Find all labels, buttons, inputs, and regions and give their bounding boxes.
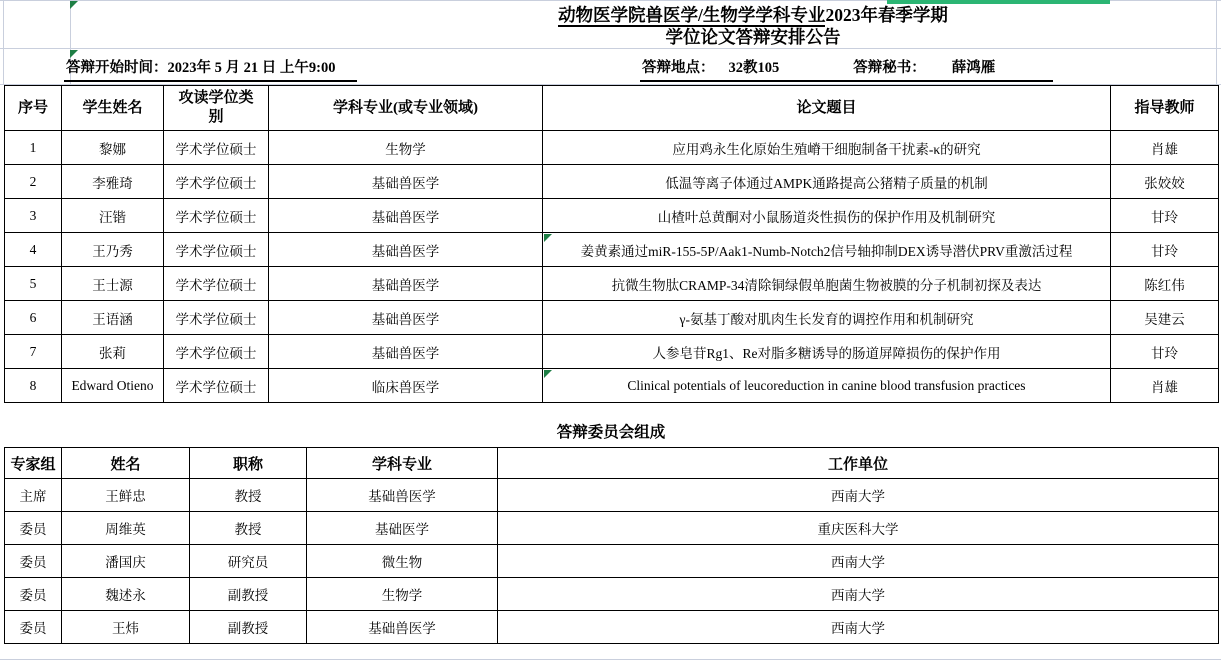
spreadsheet-document: 动物医学院兽医学/生物学学科专业2023年春季学期 学位论文答辩安排公告 答辩开… bbox=[0, 0, 1221, 662]
cell-advisor: 张姣姣 bbox=[1111, 165, 1219, 199]
header-group: 专家组 bbox=[5, 448, 62, 479]
table-row: 委员 周维英 教授 基础医学 重庆医科大学 bbox=[5, 512, 1219, 545]
cell-corner-marker-icon bbox=[544, 234, 552, 242]
cell-name: 魏述永 bbox=[62, 578, 190, 611]
cell-thesis-title: Clinical potentials of leucoreduction in… bbox=[543, 369, 1111, 403]
cell-major: 基础兽医学 bbox=[269, 267, 543, 301]
cell-group: 主席 bbox=[5, 479, 62, 512]
table-row: 7 张莉 学术学位硕士 基础兽医学 人参皂苷Rg1、Re对脂多糖诱导的肠道屏障损… bbox=[5, 335, 1219, 369]
cell-title: 教授 bbox=[190, 512, 307, 545]
cell-thesis-title: 姜黄素通过miR-155-5P/Aak1-Numb-Notch2信号轴抑制DEX… bbox=[543, 233, 1111, 267]
cell-advisor: 肖雄 bbox=[1111, 369, 1219, 403]
defense-schedule-table: 序号 学生姓名 攻读学位类别 学科专业(或专业领域) 论文题目 指导教师 1 黎… bbox=[4, 85, 1219, 403]
cell-thesis-title: 人参皂苷Rg1、Re对脂多糖诱导的肠道屏障损伤的保护作用 bbox=[543, 335, 1111, 369]
table-row: 6 王语涵 学术学位硕士 基础兽医学 γ-氨基丁酸对肌肉生长发育的调控作用和机制… bbox=[5, 301, 1219, 335]
document-title-line1: 动物医学院兽医学/生物学学科专业2023年春季学期 bbox=[290, 4, 1216, 26]
cell-group: 委员 bbox=[5, 512, 62, 545]
cell-thesis-title: 应用鸡永生化原始生殖嵴干细胞制备干扰素-κ的研究 bbox=[543, 131, 1111, 165]
cell-thesis-title: 低温等离子体通过AMPK通路提高公猪精子质量的机制 bbox=[543, 165, 1111, 199]
header-title: 职称 bbox=[190, 448, 307, 479]
cell-thesis-title: 山楂叶总黄酮对小鼠肠道炎性损伤的保护作用及机制研究 bbox=[543, 199, 1111, 233]
title-rest-part: 2023年春季学期 bbox=[825, 5, 948, 25]
header-major: 学科专业(或专业领域) bbox=[269, 86, 543, 131]
cell-degree-type: 学术学位硕士 bbox=[164, 233, 269, 267]
cell-major: 基础兽医学 bbox=[269, 335, 543, 369]
table-row: 3 汪锴 学术学位硕士 基础兽医学 山楂叶总黄酮对小鼠肠道炎性损伤的保护作用及机… bbox=[5, 199, 1219, 233]
committee-header-row: 专家组 姓名 职称 学科专业 工作单位 bbox=[5, 448, 1219, 479]
header-organization: 工作单位 bbox=[498, 448, 1219, 479]
cell-student: 王士源 bbox=[62, 267, 164, 301]
cell-no: 7 bbox=[5, 335, 62, 369]
cell-student: 李雅琦 bbox=[62, 165, 164, 199]
header-no: 序号 bbox=[5, 86, 62, 131]
cell-degree-type: 学术学位硕士 bbox=[164, 131, 269, 165]
gridline bbox=[0, 659, 1221, 660]
cell-advisor: 甘玲 bbox=[1111, 199, 1219, 233]
table-row: 5 王士源 学术学位硕士 基础兽医学 抗微生物肽CRAMP-34清除铜绿假单胞菌… bbox=[5, 267, 1219, 301]
cell-corner-marker-icon bbox=[544, 370, 552, 378]
cell-organization: 西南大学 bbox=[498, 611, 1219, 644]
table-row: 4 王乃秀 学术学位硕士 基础兽医学 姜黄素通过miR-155-5P/Aak1-… bbox=[5, 233, 1219, 267]
defense-start-time: 答辩开始时间：2023年 5 月 21 日 上午9:00 bbox=[64, 56, 357, 82]
header-name: 姓名 bbox=[62, 448, 190, 479]
cell-no: 3 bbox=[5, 199, 62, 233]
table-row: 主席 王鲜忠 教授 基础兽医学 西南大学 bbox=[5, 479, 1219, 512]
location-label: 答辩地点： bbox=[642, 60, 715, 76]
cell-advisor: 甘玲 bbox=[1111, 335, 1219, 369]
cell-student: 张莉 bbox=[62, 335, 164, 369]
cell-advisor: 肖雄 bbox=[1111, 131, 1219, 165]
start-time-label: 答辩开始时间： bbox=[66, 60, 168, 76]
cell-student: 黎娜 bbox=[62, 131, 164, 165]
cell-organization: 重庆医科大学 bbox=[498, 512, 1219, 545]
table-row: 2 李雅琦 学术学位硕士 基础兽医学 低温等离子体通过AMPK通路提高公猪精子质… bbox=[5, 165, 1219, 199]
cell-corner-marker-icon bbox=[70, 1, 78, 9]
cell-degree-type: 学术学位硕士 bbox=[164, 335, 269, 369]
cell-organization: 西南大学 bbox=[498, 578, 1219, 611]
cell-title: 副教授 bbox=[190, 611, 307, 644]
cell-major: 微生物 bbox=[307, 545, 498, 578]
cell-group: 委员 bbox=[5, 611, 62, 644]
cell-student: Edward Otieno bbox=[62, 369, 164, 403]
cell-advisor: 吴建云 bbox=[1111, 301, 1219, 335]
table-row: 1 黎娜 学术学位硕士 生物学 应用鸡永生化原始生殖嵴干细胞制备干扰素-κ的研究… bbox=[5, 131, 1219, 165]
table-row: 委员 潘国庆 研究员 微生物 西南大学 bbox=[5, 545, 1219, 578]
cell-corner-marker-icon bbox=[70, 50, 78, 58]
cell-major: 基础兽医学 bbox=[269, 165, 543, 199]
cell-major: 生物学 bbox=[307, 578, 498, 611]
cell-no: 6 bbox=[5, 301, 62, 335]
cell-major: 基础兽医学 bbox=[307, 611, 498, 644]
cell-student: 王乃秀 bbox=[62, 233, 164, 267]
header-degree-type: 攻读学位类别 bbox=[164, 86, 269, 131]
header-major: 学科专业 bbox=[307, 448, 498, 479]
cell-student: 王语涵 bbox=[62, 301, 164, 335]
committee-table: 专家组 姓名 职称 学科专业 工作单位 主席 王鲜忠 教授 基础兽医学 西南大学… bbox=[4, 447, 1219, 644]
gridline bbox=[3, 0, 4, 85]
cell-no: 2 bbox=[5, 165, 62, 199]
defense-location-secretary: 答辩地点：32教105答辩秘书：薛鸿雁 bbox=[640, 56, 1053, 82]
cell-title: 研究员 bbox=[190, 545, 307, 578]
thesis-title-text: Clinical potentials of leucoreduction in… bbox=[627, 378, 1025, 393]
table-row: 委员 魏述永 副教授 生物学 西南大学 bbox=[5, 578, 1219, 611]
cell-major: 基础兽医学 bbox=[269, 301, 543, 335]
cell-name: 周维英 bbox=[62, 512, 190, 545]
cell-major: 基础兽医学 bbox=[269, 199, 543, 233]
cell-no: 5 bbox=[5, 267, 62, 301]
location-value: 32教105 bbox=[729, 60, 780, 76]
secretary-label: 答辩秘书： bbox=[853, 60, 926, 76]
green-highlight-bar bbox=[887, 0, 1110, 4]
cell-no: 1 bbox=[5, 131, 62, 165]
gridline bbox=[1216, 0, 1217, 85]
cell-organization: 西南大学 bbox=[498, 479, 1219, 512]
header-advisor: 指导教师 bbox=[1111, 86, 1219, 131]
cell-degree-type: 学术学位硕士 bbox=[164, 301, 269, 335]
document-title-line2: 学位论文答辩安排公告 bbox=[290, 26, 1216, 48]
table-row: 8 Edward Otieno 学术学位硕士 临床兽医学 Clinical po… bbox=[5, 369, 1219, 403]
thesis-title-text: 姜黄素通过miR-155-5P/Aak1-Numb-Notch2信号轴抑制DEX… bbox=[581, 244, 1073, 259]
cell-name: 王炜 bbox=[62, 611, 190, 644]
cell-advisor: 陈红伟 bbox=[1111, 267, 1219, 301]
document-title: 动物医学院兽医学/生物学学科专业2023年春季学期 学位论文答辩安排公告 bbox=[290, 4, 1216, 48]
header-student: 学生姓名 bbox=[62, 86, 164, 131]
header-thesis-title: 论文题目 bbox=[543, 86, 1111, 131]
cell-no: 8 bbox=[5, 369, 62, 403]
cell-thesis-title: γ-氨基丁酸对肌肉生长发育的调控作用和机制研究 bbox=[543, 301, 1111, 335]
cell-student: 汪锴 bbox=[62, 199, 164, 233]
table-row: 委员 王炜 副教授 基础兽医学 西南大学 bbox=[5, 611, 1219, 644]
cell-degree-type: 学术学位硕士 bbox=[164, 165, 269, 199]
title-underlined-part: 动物医学院兽医学/生物学学科专业 bbox=[558, 5, 825, 27]
secretary-value: 薛鸿雁 bbox=[952, 60, 996, 76]
committee-section-title: 答辩委员会组成 bbox=[4, 418, 1218, 447]
schedule-header-row: 序号 学生姓名 攻读学位类别 学科专业(或专业领域) 论文题目 指导教师 bbox=[5, 86, 1219, 131]
cell-group: 委员 bbox=[5, 545, 62, 578]
cell-degree-type: 学术学位硕士 bbox=[164, 369, 269, 403]
cell-organization: 西南大学 bbox=[498, 545, 1219, 578]
cell-group: 委员 bbox=[5, 578, 62, 611]
cell-major: 基础兽医学 bbox=[269, 233, 543, 267]
cell-major: 临床兽医学 bbox=[269, 369, 543, 403]
cell-degree-type: 学术学位硕士 bbox=[164, 199, 269, 233]
cell-title: 副教授 bbox=[190, 578, 307, 611]
start-time-value: 2023年 5 月 21 日 上午9:00 bbox=[168, 60, 336, 76]
cell-no: 4 bbox=[5, 233, 62, 267]
cell-title: 教授 bbox=[190, 479, 307, 512]
cell-name: 王鲜忠 bbox=[62, 479, 190, 512]
cell-thesis-title: 抗微生物肽CRAMP-34清除铜绿假单胞菌生物被膜的分子机制初探及表达 bbox=[543, 267, 1111, 301]
cell-advisor: 甘玲 bbox=[1111, 233, 1219, 267]
cell-major: 基础兽医学 bbox=[307, 479, 498, 512]
cell-major: 生物学 bbox=[269, 131, 543, 165]
cell-degree-type: 学术学位硕士 bbox=[164, 267, 269, 301]
cell-major: 基础医学 bbox=[307, 512, 498, 545]
cell-name: 潘国庆 bbox=[62, 545, 190, 578]
gridline bbox=[0, 48, 1221, 49]
